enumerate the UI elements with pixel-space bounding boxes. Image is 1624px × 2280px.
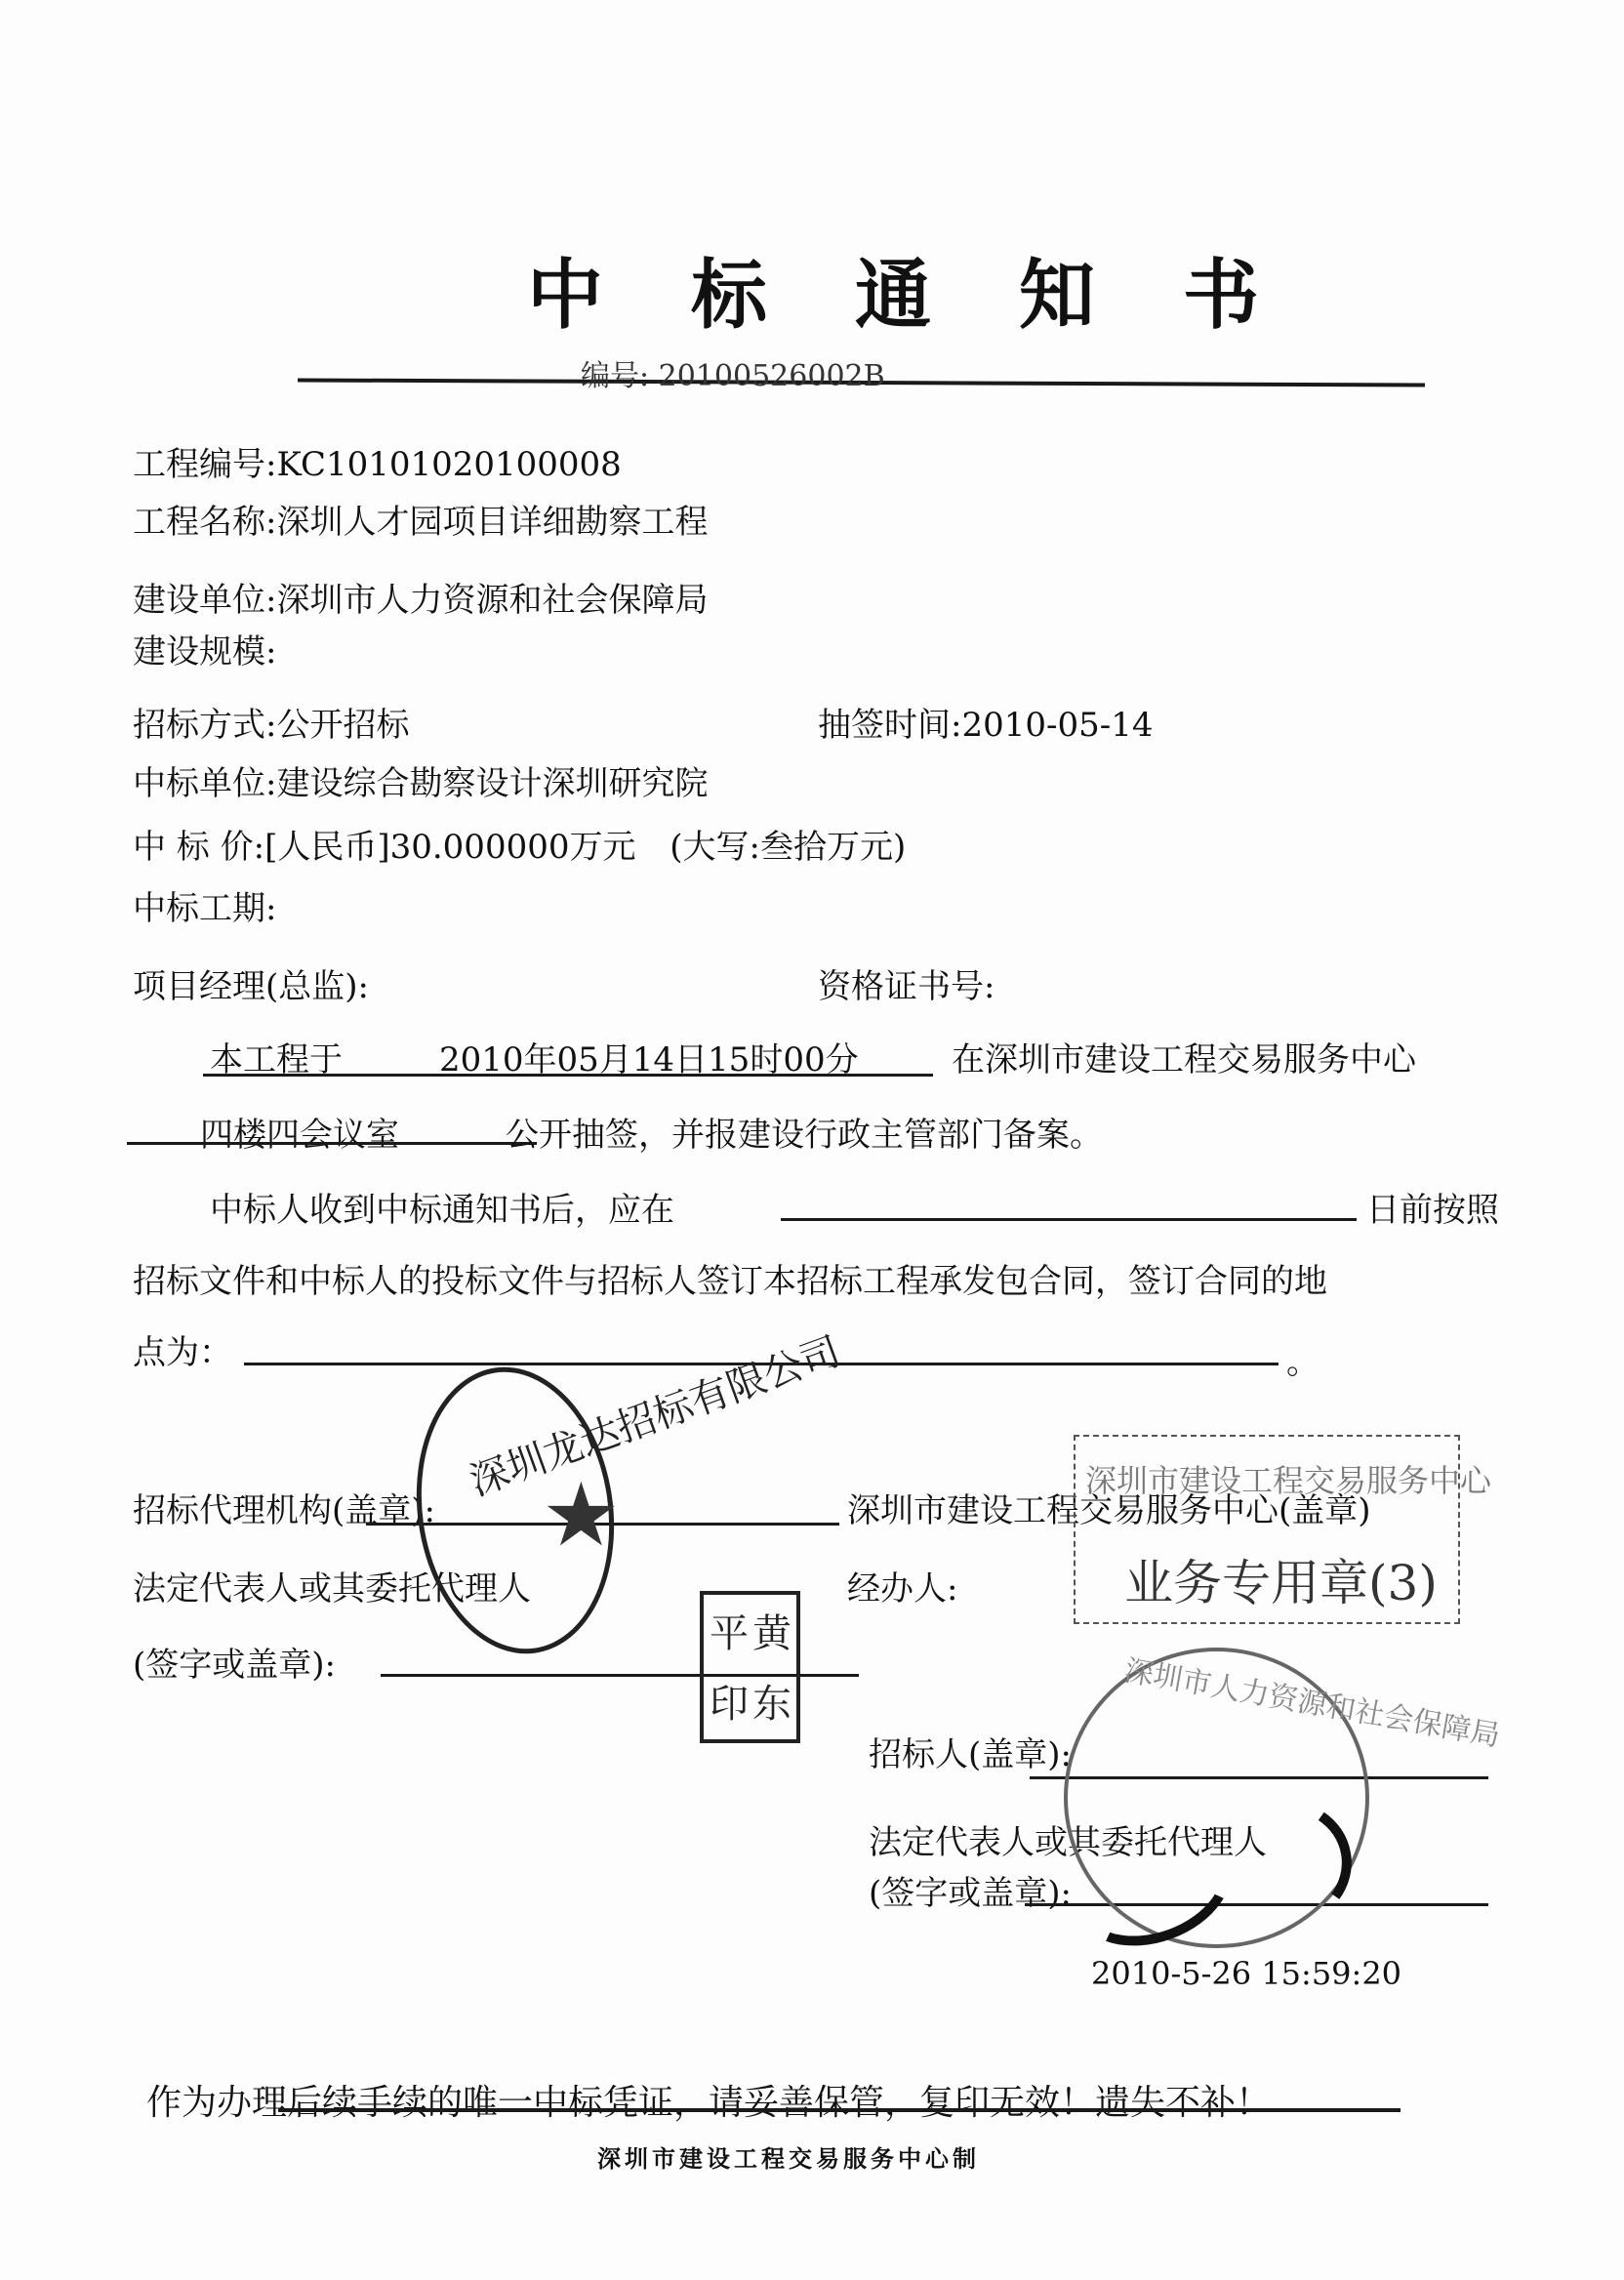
- field-label: 抽签时间:: [818, 706, 961, 745]
- field-label: 资格证书号:: [818, 967, 995, 1006]
- body-p2-prefix: 中标人收到中标通知书后，应在: [210, 1183, 674, 1231]
- field-certificate: 资格证书号:: [818, 959, 995, 1007]
- field-label: 工程名称:: [133, 503, 276, 542]
- field-label: 中标单位:: [133, 764, 276, 803]
- field-label: 建设单位:: [133, 581, 276, 620]
- field-builder: 建设单位:深圳市人力资源和社会保障局: [133, 573, 708, 621]
- body-p1-room: 四楼四会议室: [200, 1108, 399, 1156]
- field-label: 项目经理(总监):: [133, 967, 369, 1006]
- field-label: 建设规模:: [133, 632, 276, 672]
- field-label: 招标方式:: [133, 706, 276, 745]
- field-bid-method: 招标方式:公开招标: [133, 698, 409, 746]
- field-value: 深圳市人力资源和社会保障局: [276, 581, 708, 620]
- field-value: 2010-05-14: [961, 706, 1153, 745]
- field-project-name: 工程名称:深圳人才园项目详细勘察工程: [133, 495, 708, 543]
- personal-seal: 黄 平 印 东: [700, 1591, 800, 1743]
- field-value: KC10101020100008: [276, 445, 621, 484]
- field-label: 中标工期:: [133, 889, 276, 928]
- price-capital: (大写:叁拾万元): [670, 828, 906, 867]
- datetime-underline: [203, 1074, 933, 1077]
- field-winner: 中标单位:建设综合勘察设计深圳研究院: [133, 756, 708, 804]
- field-project-no: 工程编号:KC10101020100008: [133, 437, 622, 485]
- deadline-underline: [781, 1218, 1357, 1221]
- field-price: 中 标 价:[人民币]30.000000万元 (大写:叁拾万元): [133, 820, 906, 868]
- seal-char: 东: [752, 1673, 792, 1729]
- footer-note: 作为办理后续手续的唯一中标凭证，请妥善保管，复印无效！遗失不补！: [146, 2075, 1271, 2125]
- field-draw-time: 抽签时间:2010-05-14: [818, 698, 1154, 746]
- star-icon: ★: [542, 1464, 621, 1567]
- handler-label: 经办人:: [847, 1562, 957, 1609]
- timestamp: 2010-5-26 15:59:20: [1091, 1955, 1401, 1992]
- body-p2-suffix: 日前按照: [1366, 1183, 1499, 1231]
- field-period: 中标工期:: [133, 881, 276, 929]
- footer-underline: [278, 2108, 1401, 2112]
- body-p1-suffix: 在深圳市建设工程交易服务中心: [952, 1033, 1416, 1080]
- field-value: [人民币]30.000000万元: [264, 828, 635, 867]
- serial-value: 20100526002B: [659, 359, 885, 393]
- field-label: 工程编号:: [133, 445, 276, 484]
- serial-number: 编号: 20100526002B: [581, 351, 885, 394]
- field-manager: 项目经理(总监):: [133, 959, 369, 1007]
- center-box-stamp: 深圳市建设工程交易服务中心 业务专用章(3): [1074, 1435, 1460, 1624]
- document-title: 中标通知书: [527, 234, 1347, 344]
- agency-sign-label: (签字或盖章):: [133, 1638, 336, 1686]
- seal-char: 平: [710, 1603, 749, 1658]
- center-stamp-top: 深圳市建设工程交易服务中心: [1085, 1456, 1491, 1501]
- serial-label: 编号:: [581, 359, 649, 393]
- field-value: 深圳人才园项目详细勘察工程: [276, 503, 708, 542]
- tenderer-label: 招标人(盖章):: [869, 1728, 1072, 1775]
- tenderer-sign-label: (签字或盖章):: [869, 1866, 1072, 1914]
- body-p2-line3: 点为：: [133, 1325, 232, 1373]
- document-maker: 深圳市建设工程交易服务中心制: [597, 2139, 980, 2174]
- field-value: 公开招标: [276, 706, 409, 745]
- seal-char: 黄: [752, 1603, 792, 1658]
- room-underline: [127, 1142, 537, 1145]
- seal-char: 印: [710, 1673, 749, 1729]
- field-label: 中 标 价:: [133, 828, 264, 867]
- body-p2-end: 。: [1286, 1335, 1319, 1383]
- field-scale: 建设规模:: [133, 625, 276, 672]
- body-p2-line2: 招标文件和中标人的投标文件与招标人签订本招标工程承发包合同，签订合同的地: [133, 1254, 1327, 1302]
- body-p1-end: 公开抽签，并报建设行政主管部门备案。: [506, 1108, 1103, 1156]
- field-value: 建设综合勘察设计深圳研究院: [276, 764, 708, 803]
- center-stamp-main: 业务专用章(3): [1124, 1544, 1438, 1614]
